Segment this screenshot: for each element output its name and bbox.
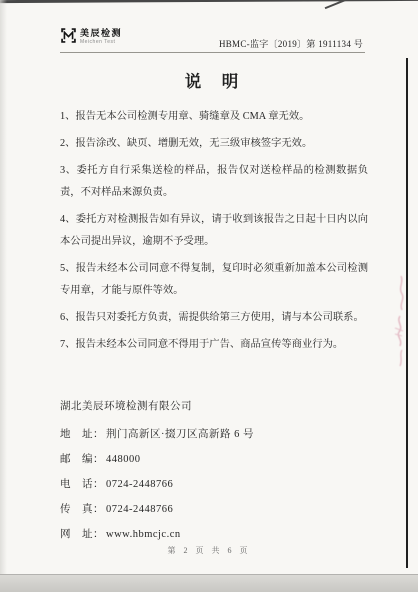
address-value: 荆门高新区·掇刀区高新路 6 号 bbox=[106, 429, 254, 440]
stamp-bleed-marks bbox=[390, 274, 408, 368]
notes-list: 1、报告无本公司检测专用章、骑缝章及 CMA 章无效。 2、报告涂改、缺页、增删… bbox=[60, 106, 368, 361]
website-label: 网 址： bbox=[60, 529, 104, 540]
company-info: 湖北美辰环境检测有限公司 地 址：荆门高新区·掇刀区高新路 6 号 邮 编：44… bbox=[60, 400, 254, 553]
website-value: www.hbmcjc.cn bbox=[106, 529, 181, 540]
company-website-row: 网 址：www.hbmcjc.cn bbox=[60, 528, 254, 542]
logo-name-cn: 美辰检测 bbox=[80, 28, 122, 38]
phone-value: 0724-2448766 bbox=[106, 479, 173, 490]
note-item-2: 2、报告涂改、缺页、增删无效，无三级审核签字无效。 bbox=[60, 133, 368, 155]
page-title: 说 明 bbox=[60, 68, 365, 92]
report-number: HBMC-监字〔2019〕第 1911134 号 bbox=[219, 37, 363, 50]
note-item-3: 3、委托方自行采集送检的样品，报告仅对送检样品的检测数据负责，不对样品来源负责。 bbox=[60, 160, 368, 204]
scan-left-shadow bbox=[0, 0, 7, 592]
logo-text: 美辰检测 Meichen Test bbox=[80, 28, 122, 45]
company-postcode-row: 邮 编：448000 bbox=[60, 453, 254, 467]
company-phone-row: 电 话：0724-2448766 bbox=[60, 478, 254, 492]
page-number: 第 2 页 共 6 页 bbox=[0, 545, 418, 556]
scan-top-edge bbox=[0, 0, 418, 3]
meichen-logo-icon bbox=[61, 28, 76, 43]
scan-bottom-edge bbox=[0, 574, 418, 592]
company-address-row: 地 址：荆门高新区·掇刀区高新路 6 号 bbox=[60, 428, 254, 442]
note-item-4: 4、委托方对检测报告如有异议，请于收到该报告之日起十日内以向本公司提出异议，逾期… bbox=[60, 209, 368, 253]
note-item-7: 7、报告未经本公司同意不得用于广告、商品宣传等商业行为。 bbox=[60, 334, 368, 356]
fax-value: 0724-2448766 bbox=[106, 504, 173, 515]
note-item-6: 6、报告只对委托方负责，需提供给第三方使用，请与本公司联系。 bbox=[60, 307, 368, 329]
header-divider bbox=[60, 52, 365, 53]
logo-name-en: Meichen Test bbox=[80, 39, 122, 45]
address-label: 地 址： bbox=[60, 429, 104, 440]
fax-label: 传 真： bbox=[60, 504, 104, 515]
postcode-label: 邮 编： bbox=[60, 454, 104, 465]
company-name: 湖北美辰环境检测有限公司 bbox=[60, 400, 254, 414]
scanned-document-page: 美辰检测 Meichen Test HBMC-监字〔2019〕第 1911134… bbox=[0, 0, 418, 592]
note-item-1: 1、报告无本公司检测专用章、骑缝章及 CMA 章无效。 bbox=[60, 106, 368, 128]
phone-label: 电 话： bbox=[60, 479, 104, 490]
note-item-5: 5、报告未经本公司同意不得复制，复印时必须重新加盖本公司检测专用章，才能与原件等… bbox=[60, 258, 368, 302]
postcode-value: 448000 bbox=[106, 454, 141, 465]
company-logo: 美辰检测 Meichen Test bbox=[61, 28, 122, 45]
company-fax-row: 传 真：0724-2448766 bbox=[60, 503, 254, 517]
